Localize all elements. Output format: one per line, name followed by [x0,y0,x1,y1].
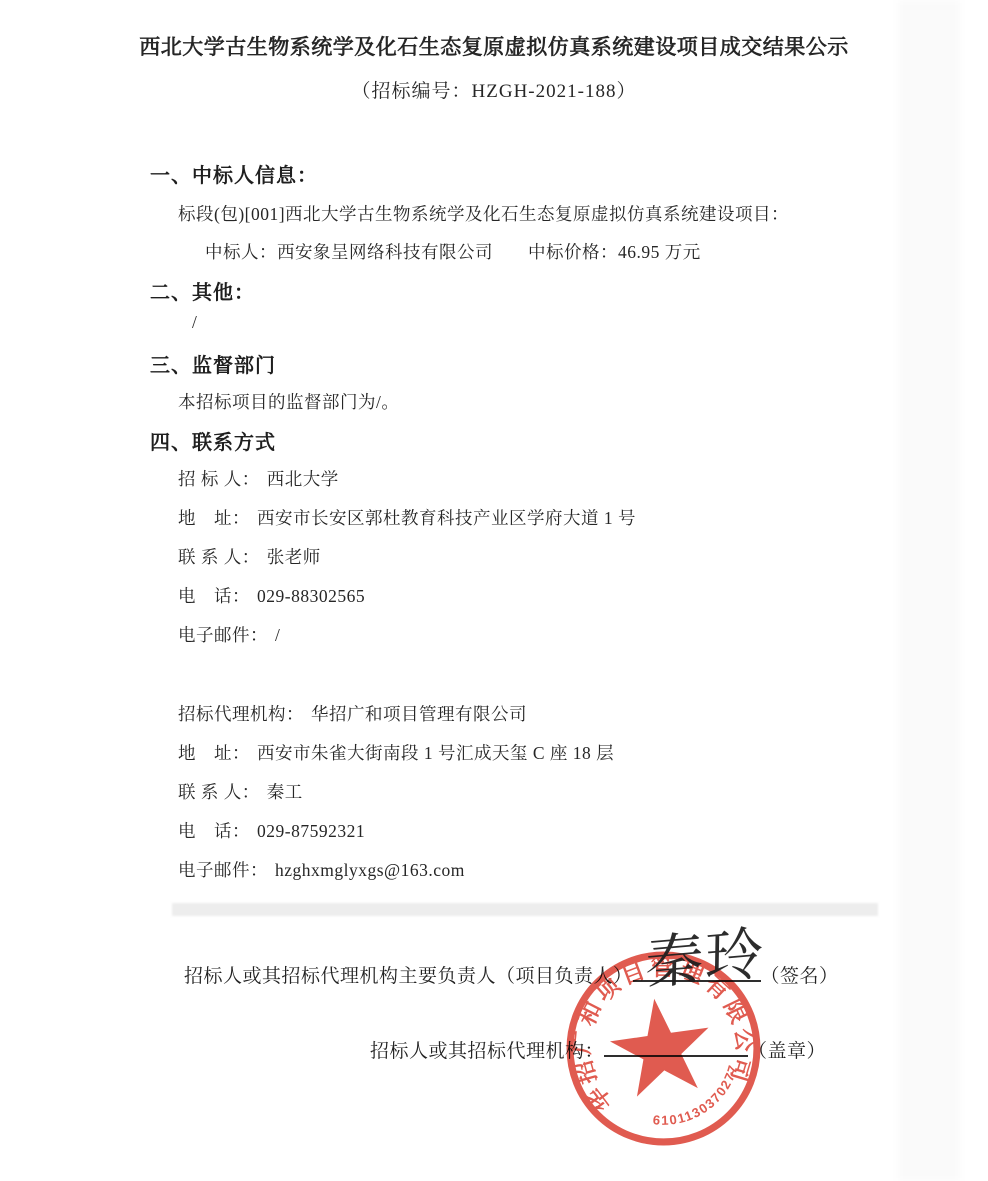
scan-artifact-edge [898,0,960,1181]
agency-address-row: 地 址：西安市朱雀大街南段 1 号汇成天玺 C 座 18 层 [178,740,614,765]
winner-row: 中标人：西安象呈网络科技有限公司 中标价格：46.95 万元 [205,239,845,264]
agency-contact-row: 联 系 人：秦工 [178,779,303,804]
section-2-content: / [192,312,197,333]
tenderer-contact-value: 张老师 [260,547,321,567]
tenderer-phone-value: 029-88302565 [250,586,365,606]
document-page: 西北大学古生物系统学及化石生态复原虚拟仿真系统建设项目成交结果公示 （招标编号：… [0,0,988,1181]
package-line: 标段(包)[001]西北大学古生物系统学及化石生态复原虚拟仿真系统建设项目： [178,201,789,226]
agency-phone-label: 电 话： [178,821,250,841]
price-label: 中标价格： [528,242,618,262]
agency-address-label: 地 址： [178,743,250,763]
tenderer-name-value: 西北大学 [260,469,339,489]
document-title: 西北大学古生物系统学及化石生态复原虚拟仿真系统建设项目成交结果公示 [0,31,988,61]
tenderer-contact-label: 联 系 人： [178,547,260,567]
agency-phone-value: 029-87592321 [250,821,365,841]
agency-name-value: 华招广和项目管理有限公司 [304,704,527,724]
tenderer-contact-row: 联 系 人：张老师 [178,544,321,569]
seal-star-icon [605,992,717,1099]
section-3-content: 本招标项目的监督部门为/。 [178,389,399,414]
agency-contact-label: 联 系 人： [178,782,260,802]
price-value: 46.95 万元 [618,242,701,262]
agency-name-row: 招标代理机构：华招广和项目管理有限公司 [178,701,527,726]
section-3-heading: 三、监督部门 [150,349,276,378]
agency-email-row: 电子邮件：hzghxmglyxgs@163.com [178,857,465,882]
tenderer-email-value: / [268,625,280,645]
tender-number: （招标编号：HZGH-2021-188） [0,76,988,103]
agency-phone-row: 电 话：029-87592321 [178,818,365,843]
tenderer-phone-label: 电 话： [178,586,250,606]
handwritten-signature: 秦玲 [645,904,866,1005]
tenderer-email-label: 电子邮件： [178,625,268,645]
tenderer-name-label: 招 标 人： [178,469,260,489]
agency-email-label: 电子邮件： [178,860,268,880]
section-2-heading: 二、其他： [150,276,255,305]
section-1-heading: 一、中标人信息： [150,159,318,188]
section-4-heading: 四、联系方式 [150,426,276,455]
tenderer-address-row: 地 址：西安市长安区郭杜教育科技产业区学府大道 1 号 [178,505,636,530]
tenderer-address-label: 地 址： [178,508,250,528]
tenderer-phone-row: 电 话：029-88302565 [178,583,365,608]
tenderer-email-row: 电子邮件：/ [178,622,280,647]
winner-value: 西安象呈网络科技有限公司 [277,242,493,262]
agency-address-value: 西安市朱雀大街南段 1 号汇成天玺 C 座 18 层 [250,743,614,763]
agency-contact-value: 秦工 [260,782,303,802]
agency-email-value: hzghxmglyxgs@163.com [268,860,465,880]
tenderer-address-value: 西安市长安区郭杜教育科技产业区学府大道 1 号 [250,508,636,528]
tenderer-name-row: 招 标 人：西北大学 [178,466,339,491]
agency-name-label: 招标代理机构： [178,704,304,724]
winner-label: 中标人： [205,242,277,262]
